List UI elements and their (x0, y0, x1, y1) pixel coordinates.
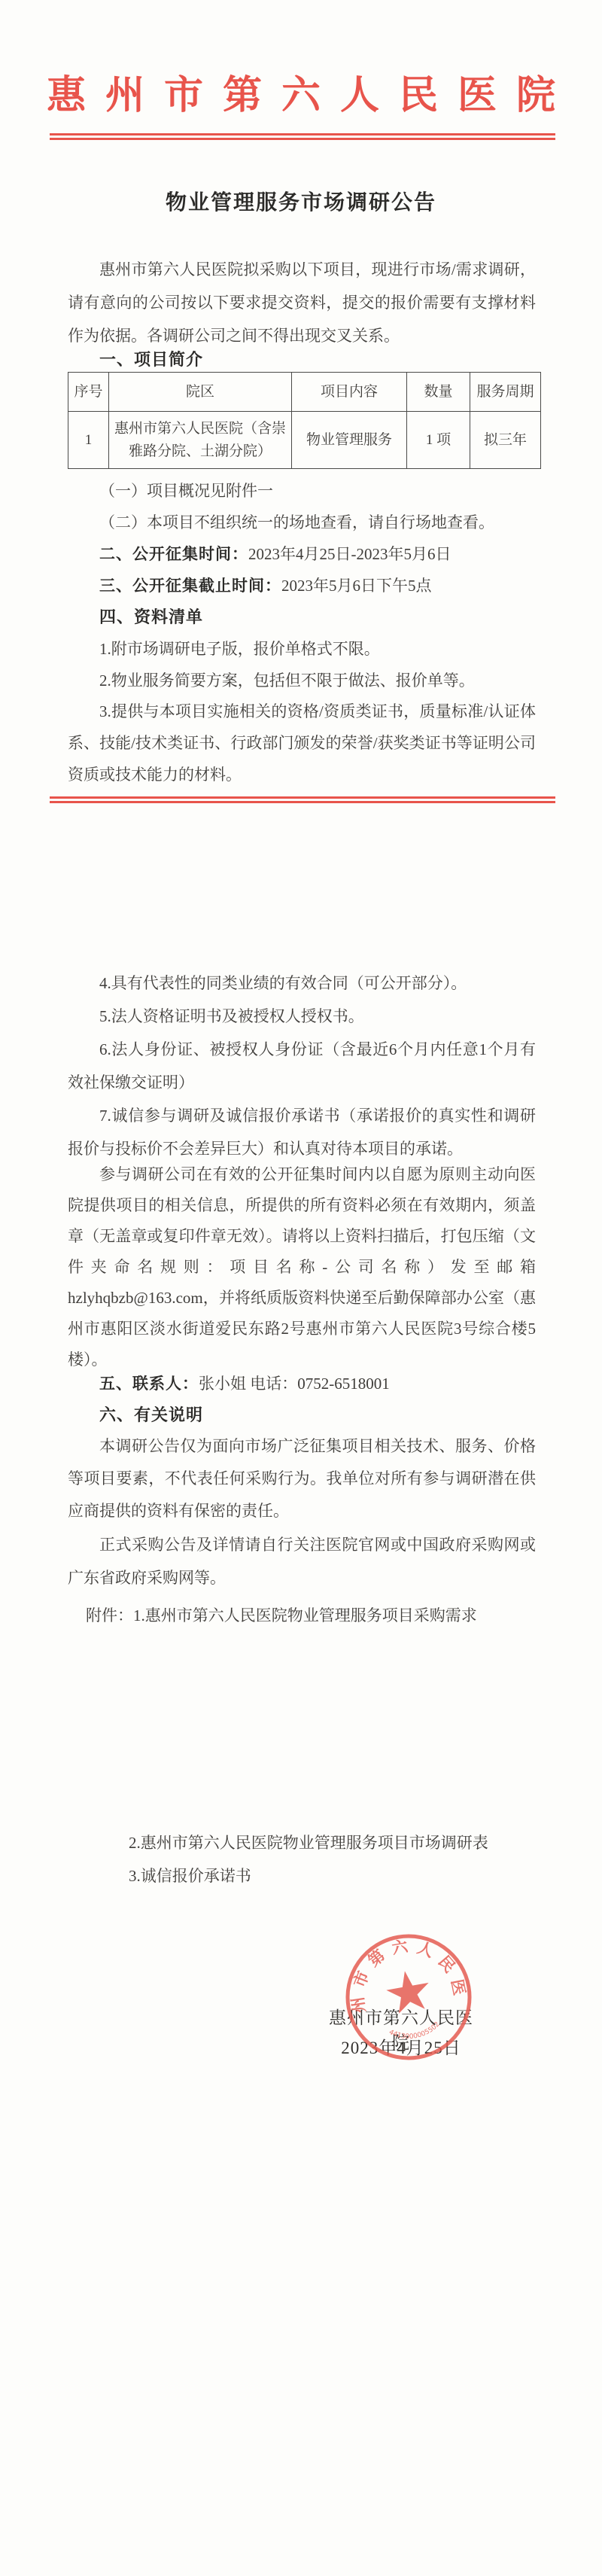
section4-item2: 2.物业服务简要方案，包括但不限于做法、报价单等。 (68, 664, 536, 697)
col-header-content: 项目内容 (292, 373, 407, 412)
scanned-document: 惠州市第六人民医院 物业管理服务市场调研公告 惠州市第六人民医院拟采购以下项目，… (0, 0, 602, 2576)
section4-item3: 3.提供与本项目实施相关的资格/资质类证书，质量标准/认证体系、技能/技术类证书… (68, 696, 536, 790)
section6-para2: 正式采购公告及详情请自行关注医院官网或中国政府采购网或广东省政府采购网等。 (68, 1528, 536, 1594)
section4-paragraph: 参与调研公司在有效的公开征集时间内以自愿为原则主动向医院提供项目的相关信息，所提… (68, 1159, 536, 1375)
project-table: 序号 院区 项目内容 数量 服务周期 1 惠州市第六人民医院（含崇雅路分院、土湖… (68, 372, 541, 469)
section6-para1: 本调研公告仅为面向市场广泛征集项目相关技术、服务、价格等项目要素，不代表任何采购… (68, 1430, 536, 1527)
section3-label: 三、公开征集截止时间： (99, 577, 281, 595)
col-header-period: 服务周期 (470, 373, 541, 412)
section2-label: 二、公开征集时间： (99, 546, 248, 563)
col-header-quantity: 数量 (407, 373, 470, 412)
page-title: 物业管理服务市场调研公告 (0, 186, 602, 216)
section2-value: 2023年4月25日-2023年5月6日 (248, 545, 451, 563)
table-row: 1 惠州市第六人民医院（含崇雅路分院、土湖分院） 物业管理服务 1 项 拟三年 (68, 412, 541, 469)
section4-item6: 6.法人身份证、被授权人身份证（含最近6个月内任意1个月有效社保缴交证明） (68, 1033, 536, 1099)
attachments-label: 附件： (86, 1606, 133, 1624)
section5-line: 五、联系人：张小姐 电话：0752-6518001 (68, 1367, 536, 1401)
section5-value: 张小姐 电话：0752-6518001 (199, 1375, 390, 1393)
attachment-item2: 2.惠州市第六人民医院物业管理服务项目市场调研表 (129, 1826, 536, 1859)
section1-note1: （一）项目概况见附件一 (68, 474, 536, 507)
cell-content: 物业管理服务 (292, 412, 407, 469)
signature-date: 2023年4月25日 (330, 2034, 473, 2059)
section4-heading: 四、资料清单 (68, 601, 536, 634)
cell-index: 1 (68, 412, 109, 469)
section6-heading: 六、有关说明 (68, 1399, 536, 1432)
section4-item4: 4.具有代表性的同类业绩的有效合同（可公开部分）。 (68, 967, 536, 1000)
col-header-index: 序号 (68, 373, 109, 412)
section4-item5: 5.法人资格证明书及被授权人授权书。 (68, 1000, 536, 1033)
section4-item1: 1.附市场调研电子版，报价单格式不限。 (68, 632, 536, 665)
attachment-item1: 1.惠州市第六人民医院物业管理服务项目采购需求 (133, 1606, 477, 1624)
section3-line: 三、公开征集截止时间：2023年5月6日下午5点 (68, 569, 536, 603)
section5-label: 五、联系人： (99, 1375, 199, 1393)
intro-paragraph: 惠州市第六人民医院拟采购以下项目，现进行市场/需求调研，请有意向的公司按以下要求… (68, 253, 536, 352)
section2-line: 二、公开征集时间：2023年4月25日-2023年5月6日 (68, 537, 536, 571)
letterhead-title: 惠州市第六人民医院 (0, 63, 602, 120)
attachment-item3: 3.诚信报价承诺书 (129, 1859, 536, 1892)
cell-campus: 惠州市第六人民医院（含崇雅路分院、土湖分院） (109, 412, 292, 469)
cell-quantity: 1 项 (407, 412, 470, 469)
cell-period: 拟三年 (470, 412, 541, 469)
col-header-campus: 院区 (109, 373, 292, 412)
table-header-row: 序号 院区 项目内容 数量 服务周期 (68, 373, 541, 412)
section1-note2: （二）本项目不组织统一的场地查看，请自行场地查看。 (68, 506, 536, 539)
section3-value: 2023年5月6日下午5点 (281, 577, 432, 595)
section4-item7: 7.诚信参与调研及诚信报价承诺书（承诺报价的真实性和调研报价与投标价不会差异巨大… (68, 1099, 536, 1165)
attachments-line: 附件：1.惠州市第六人民医院物业管理服务项目采购需求 (68, 1599, 536, 1632)
